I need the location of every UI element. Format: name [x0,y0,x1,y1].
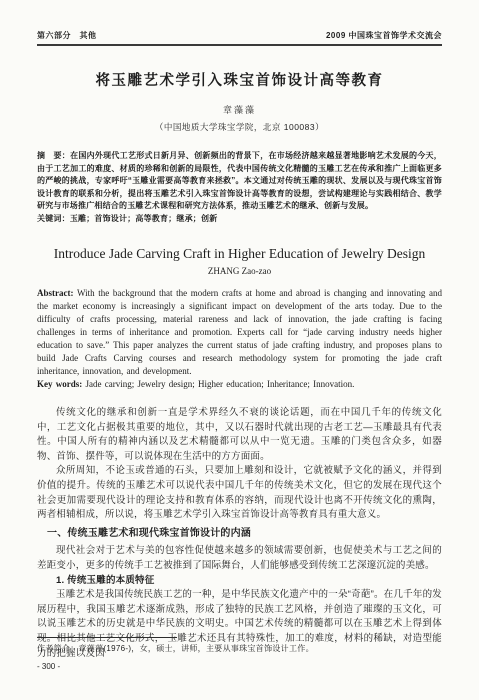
keywords-cn: 关键词：玉雕；首饰设计；高等教育；继承；创新 [37,213,442,226]
header-section-label: 第六部分 其他 [37,30,97,41]
keywords-cn-label: 关键词： [37,214,70,223]
keywords-en: Key words: Jade carving; Jewelry design;… [37,378,442,391]
body-text: 传统文化的继承和创新一直是学术界经久不衰的谈论话题，而在中国几千年的传统文化中，… [37,406,442,661]
body-paragraph-3: 现代社会对于艺术与美的包容性促使越来越多的领域需要创新，也促使美术与工艺之间的差… [37,544,442,573]
abstract-en: Abstract: With the background that the m… [37,287,442,378]
subsection-heading-1: 1. 传统玉雕的本质特征 [37,574,442,589]
author-bio-footnote: 作者简介：章藻藻(1976-)，女，硕士，讲师，主要从事珠宝首饰设计工作。 [37,643,442,654]
section-heading-1: 一、传统玉雕艺术和现代珠宝首饰设计的内涵 [37,527,442,542]
footnote-divider [37,637,177,638]
keywords-en-label: Key words: [37,379,82,389]
page-number: - 300 - [37,662,60,671]
body-paragraph-2: 众所周知，不论玉或普通的石头，只要加上雕刻和设计，它就被赋予文化的涵义，并得到价… [37,464,442,522]
paper-title-en: Introduce Jade Carving Craft in Higher E… [37,246,442,262]
paper-title-cn: 将玉雕艺术学引入珠宝首饰设计高等教育 [37,69,442,90]
keywords-en-text: Jade carving; Jewelry design; Higher edu… [82,379,354,389]
abstract-cn-label: 摘 要： [37,151,70,160]
keywords-cn-text: 玉雕；首饰设计；高等教育；继承；创新 [70,214,218,223]
header-conference-label: 2009 中国珠宝首饰学术交流会 [326,30,442,41]
abstract-en-text: With the background that the modern craf… [37,288,442,376]
author-name-en: ZHANG Zao-zao [37,266,442,276]
paper-page: 第六部分 其他 2009 中国珠宝首饰学术交流会 将玉雕艺术学引入珠宝首饰设计高… [0,0,479,700]
affiliation-cn: （中国地质大学珠宝学院，北京 100083） [37,121,442,133]
running-header: 第六部分 其他 2009 中国珠宝首饰学术交流会 [37,30,442,46]
abstract-cn: 摘 要：在国内外现代工艺形式日新月异、创新频出的背景下，在市场经济越来越显著地影… [37,150,442,213]
body-paragraph-1: 传统文化的继承和创新一直是学术界经久不衰的谈论话题，而在中国几千年的传统文化中，… [37,406,442,464]
abstract-en-label: Abstract: [37,288,74,298]
abstract-cn-text: 在国内外现代工艺形式日新月异、创新频出的背景下，在市场经济越来越显著地影响艺术发… [37,151,442,210]
author-name-cn: 章藻藻 [37,103,442,116]
